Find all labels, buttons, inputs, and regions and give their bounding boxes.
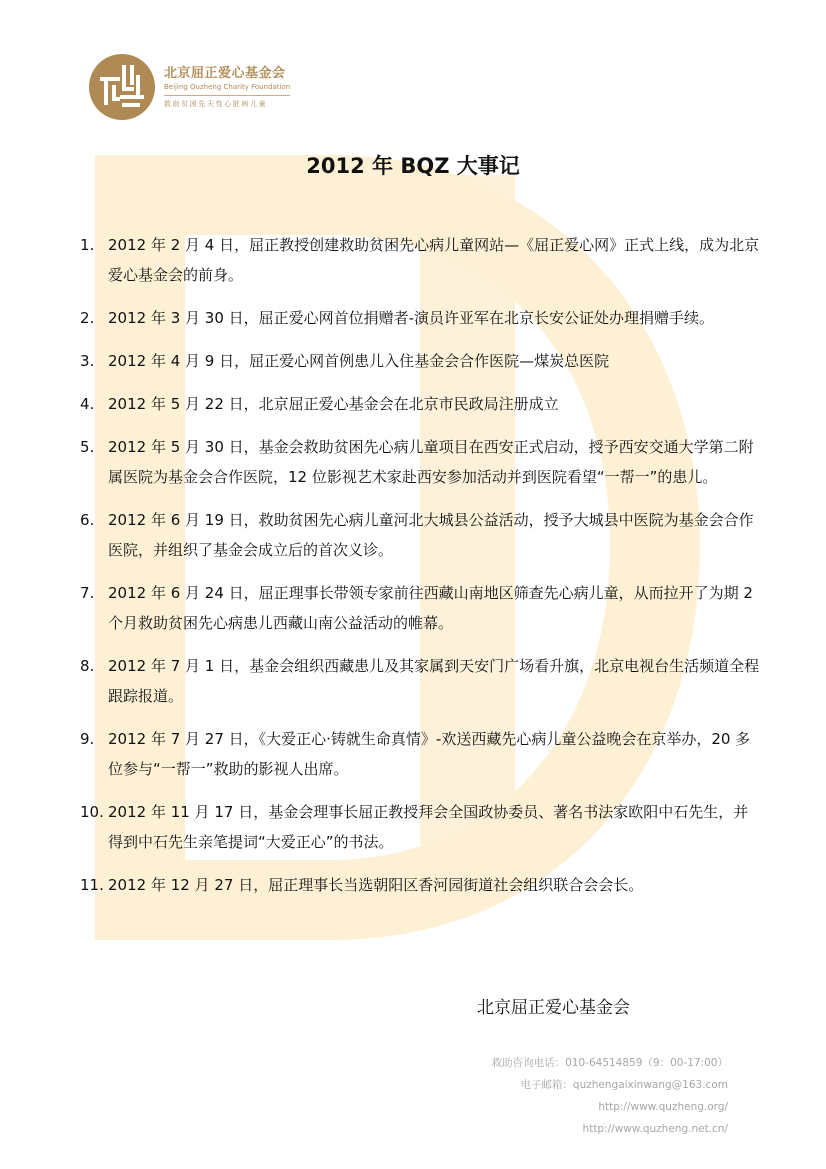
logo-name-en: Beijing Quzheng Charity Foundation — [164, 82, 290, 96]
event-number: 7. — [80, 578, 108, 638]
event-item: 9.2012 年 7 月 27 日，《大爱正心·铸就生命真情》-欢送西藏先心病儿… — [80, 724, 760, 784]
event-number: 3. — [80, 346, 108, 376]
event-text: 2012 年 11 月 17 日，基金会理事长屈正教授拜会全国政协委员、著名书法… — [108, 797, 760, 857]
event-item: 7.2012 年 6 月 24 日，屈正理事长带领专家前往西藏山南地区筛查先心病… — [80, 578, 760, 638]
event-number: 6. — [80, 505, 108, 565]
website-link-org[interactable]: http://www.quzheng.org/ — [492, 1096, 728, 1118]
event-item: 4.2012 年 5 月 22 日，北京屈正爱心基金会在北京市民政局注册成立 — [80, 389, 760, 419]
signature: 北京屈正爱心基金会 — [477, 993, 630, 1018]
contact-info: 救助咨询电话：010-64514859（9：00-17:00） 电子邮箱：quz… — [492, 1052, 728, 1140]
event-text: 2012 年 5 月 30 日，基金会救助贫困先心病儿童项目在西安正式启动，授予… — [108, 432, 760, 492]
event-item: 5.2012 年 5 月 30 日，基金会救助贫困先心病儿童项目在西安正式启动，… — [80, 432, 760, 492]
foundation-logo: 北京屈正爱心基金会 Beijing Quzheng Charity Founda… — [88, 53, 290, 121]
event-text: 2012 年 3 月 30 日，屈正爱心网首位捐赠者-演员许亚军在北京长安公证处… — [108, 303, 760, 333]
event-text: 2012 年 5 月 22 日，北京屈正爱心基金会在北京市民政局注册成立 — [108, 389, 760, 419]
website-link-net[interactable]: http://www.quzheng.net.cn/ — [492, 1118, 728, 1140]
event-text: 2012 年 7 月 27 日，《大爱正心·铸就生命真情》-欢送西藏先心病儿童公… — [108, 724, 760, 784]
page-title: 2012 年 BQZ 大事记 — [0, 150, 826, 180]
event-number: 11. — [80, 870, 108, 900]
event-number: 5. — [80, 432, 108, 492]
event-text: 2012 年 2 月 4 日，屈正教授创建救助贫困先心病儿童网站—《屈正爱心网》… — [108, 230, 760, 290]
event-number: 4. — [80, 389, 108, 419]
event-item: 6.2012 年 6 月 19 日，救助贫困先心病儿童河北大城县公益活动，授予大… — [80, 505, 760, 565]
event-number: 1. — [80, 230, 108, 290]
event-text: 2012 年 12 月 27 日，屈正理事长当选朝阳区香河园街道社会组织联合会会… — [108, 870, 760, 900]
contact-phone: 救助咨询电话：010-64514859（9：00-17:00） — [492, 1052, 728, 1074]
event-number: 2. — [80, 303, 108, 333]
contact-email[interactable]: 电子邮箱：quzhengaixinwang@163.com — [492, 1074, 728, 1096]
logo-name-cn: 北京屈正爱心基金会 — [164, 66, 290, 82]
event-item: 3.2012 年 4 月 9 日，屈正爱心网首例患儿入住基金会合作医院—煤炭总医… — [80, 346, 760, 376]
event-number: 8. — [80, 651, 108, 711]
event-item: 2.2012 年 3 月 30 日，屈正爱心网首位捐赠者-演员许亚军在北京长安公… — [80, 303, 760, 333]
events-list: 1.2012 年 2 月 4 日，屈正教授创建救助贫困先心病儿童网站—《屈正爱心… — [80, 230, 760, 913]
event-text: 2012 年 6 月 19 日，救助贫困先心病儿童河北大城县公益活动，授予大城县… — [108, 505, 760, 565]
event-number: 9. — [80, 724, 108, 784]
event-item: 1.2012 年 2 月 4 日，屈正教授创建救助贫困先心病儿童网站—《屈正爱心… — [80, 230, 760, 290]
event-item: 8.2012 年 7 月 1 日，基金会组织西藏患儿及其家属到天安门广场看升旗，… — [80, 651, 760, 711]
event-text: 2012 年 6 月 24 日，屈正理事长带领专家前往西藏山南地区筛查先心病儿童… — [108, 578, 760, 638]
event-text: 2012 年 4 月 9 日，屈正爱心网首例患儿入住基金会合作医院—煤炭总医院 — [108, 346, 760, 376]
event-text: 2012 年 7 月 1 日，基金会组织西藏患儿及其家属到天安门广场看升旗，北京… — [108, 651, 760, 711]
logo-slogan: 救助贫困先天性心脏病儿童 — [164, 99, 290, 109]
logo-emblem-icon — [88, 53, 156, 121]
event-number: 10. — [80, 797, 108, 857]
event-item: 10.2012 年 11 月 17 日，基金会理事长屈正教授拜会全国政协委员、著… — [80, 797, 760, 857]
event-item: 11.2012 年 12 月 27 日，屈正理事长当选朝阳区香河园街道社会组织联… — [80, 870, 760, 900]
